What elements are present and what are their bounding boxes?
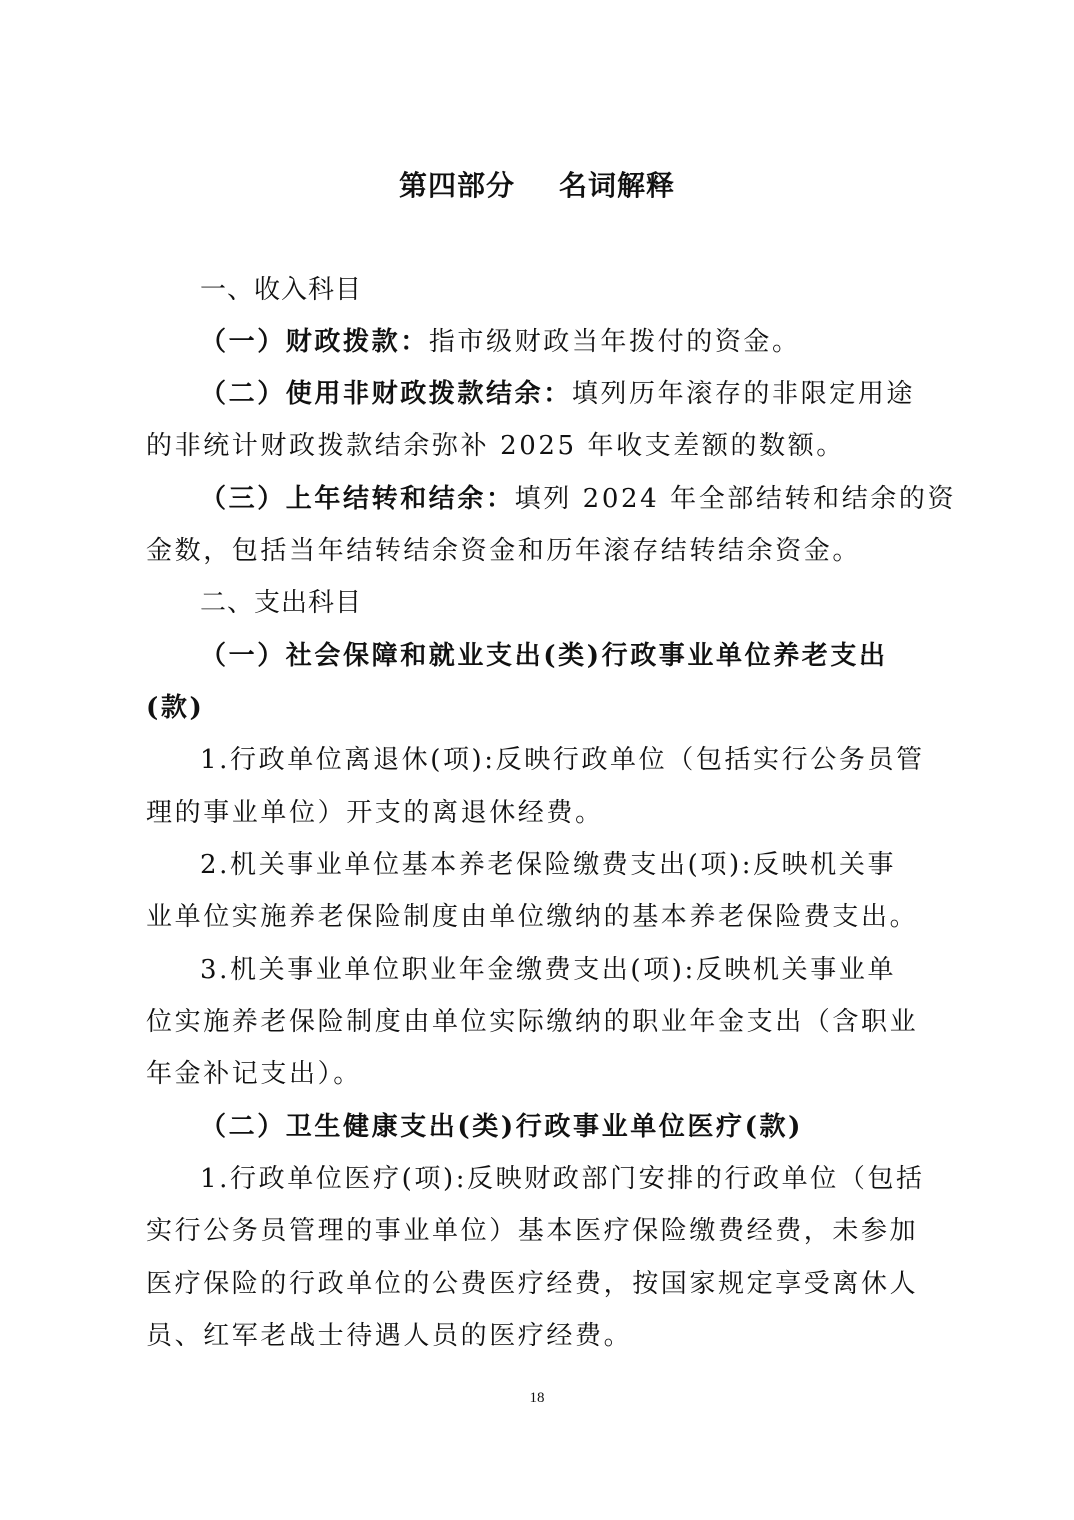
expense-cat-1-sub-1-line2: 理的事业单位）开支的离退休经费。 [146,795,936,831]
expense-cat-2-sub-1-line2: 实行公务员管理的事业单位）基本医疗保险缴费经费，未参加 [146,1213,936,1249]
income-item-1-label: （一）财政拨款： [200,327,429,357]
expense-cat-1-sub-2-line1: 2.机关事业单位基本养老保险缴费支出(项):反映机关事 [200,847,990,883]
income-item-3-line1: （三）上年结转和结余：填列 2024 年全部结转和结余的资 [200,481,990,517]
page-title: 第四部分名词解释 [0,166,1074,206]
income-item-2-text: 填列历年滚存的非限定用途 [572,379,915,409]
expense-cat-2-sub-1-line4: 员、红军老战士待遇人员的医疗经费。 [146,1318,936,1354]
expense-cat-1-sub-3-line1: 3.机关事业单位职业年金缴费支出(项):反映机关事业单 [200,952,990,988]
income-heading: 一、收入科目 [200,272,990,308]
expense-cat-2-sub-1-line3: 医疗保险的行政单位的公费医疗经费，按国家规定享受离休人 [146,1266,936,1302]
expense-cat-1-sub-3-line3: 年金补记支出）。 [146,1056,936,1092]
income-item-3-text: 填列 2024 年全部结转和结余的资 [515,484,957,514]
expense-cat-1-label-line2: (款) [146,690,936,726]
income-item-2-line2: 的非统计财政拨款结余弥补 2025 年收支差额的数额。 [146,428,936,464]
income-item-2-line1: （二）使用非财政拨款结余：填列历年滚存的非限定用途 [200,376,990,412]
income-item-3-line2: 金数，包括当年结转结余资金和历年滚存结转结余资金。 [146,533,936,569]
document-page: 第四部分名词解释 一、收入科目 （一）财政拨款：指市级财政当年拨付的资金。 （二… [0,0,1074,1520]
expense-cat-1-sub-3-line2: 位实施养老保险制度由单位实际缴纳的职业年金支出（含职业 [146,1004,936,1040]
title-part: 第四部分 [399,169,515,202]
expense-heading: 二、支出科目 [200,585,990,621]
income-item-3-label: （三）上年结转和结余： [200,484,515,514]
expense-cat-2-label: （二）卫生健康支出(类)行政事业单位医疗(款) [200,1109,990,1145]
income-item-1: （一）财政拨款：指市级财政当年拨付的资金。 [200,324,990,360]
page-number: 18 [0,1390,1074,1407]
expense-cat-2-sub-1-line1: 1.行政单位医疗(项):反映财政部门安排的行政单位（包括 [200,1161,990,1197]
expense-cat-1-label-line1: （一）社会保障和就业支出(类)行政事业单位养老支出 [200,638,990,674]
title-name: 名词解释 [559,169,675,202]
expense-cat-1-sub-2-line2: 业单位实施养老保险制度由单位缴纳的基本养老保险费支出。 [146,899,936,935]
income-item-1-text: 指市级财政当年拨付的资金。 [429,327,801,357]
expense-cat-1-sub-1-line1: 1.行政单位离退休(项):反映行政单位（包括实行公务员管 [200,742,990,778]
income-item-2-label: （二）使用非财政拨款结余： [200,379,572,409]
